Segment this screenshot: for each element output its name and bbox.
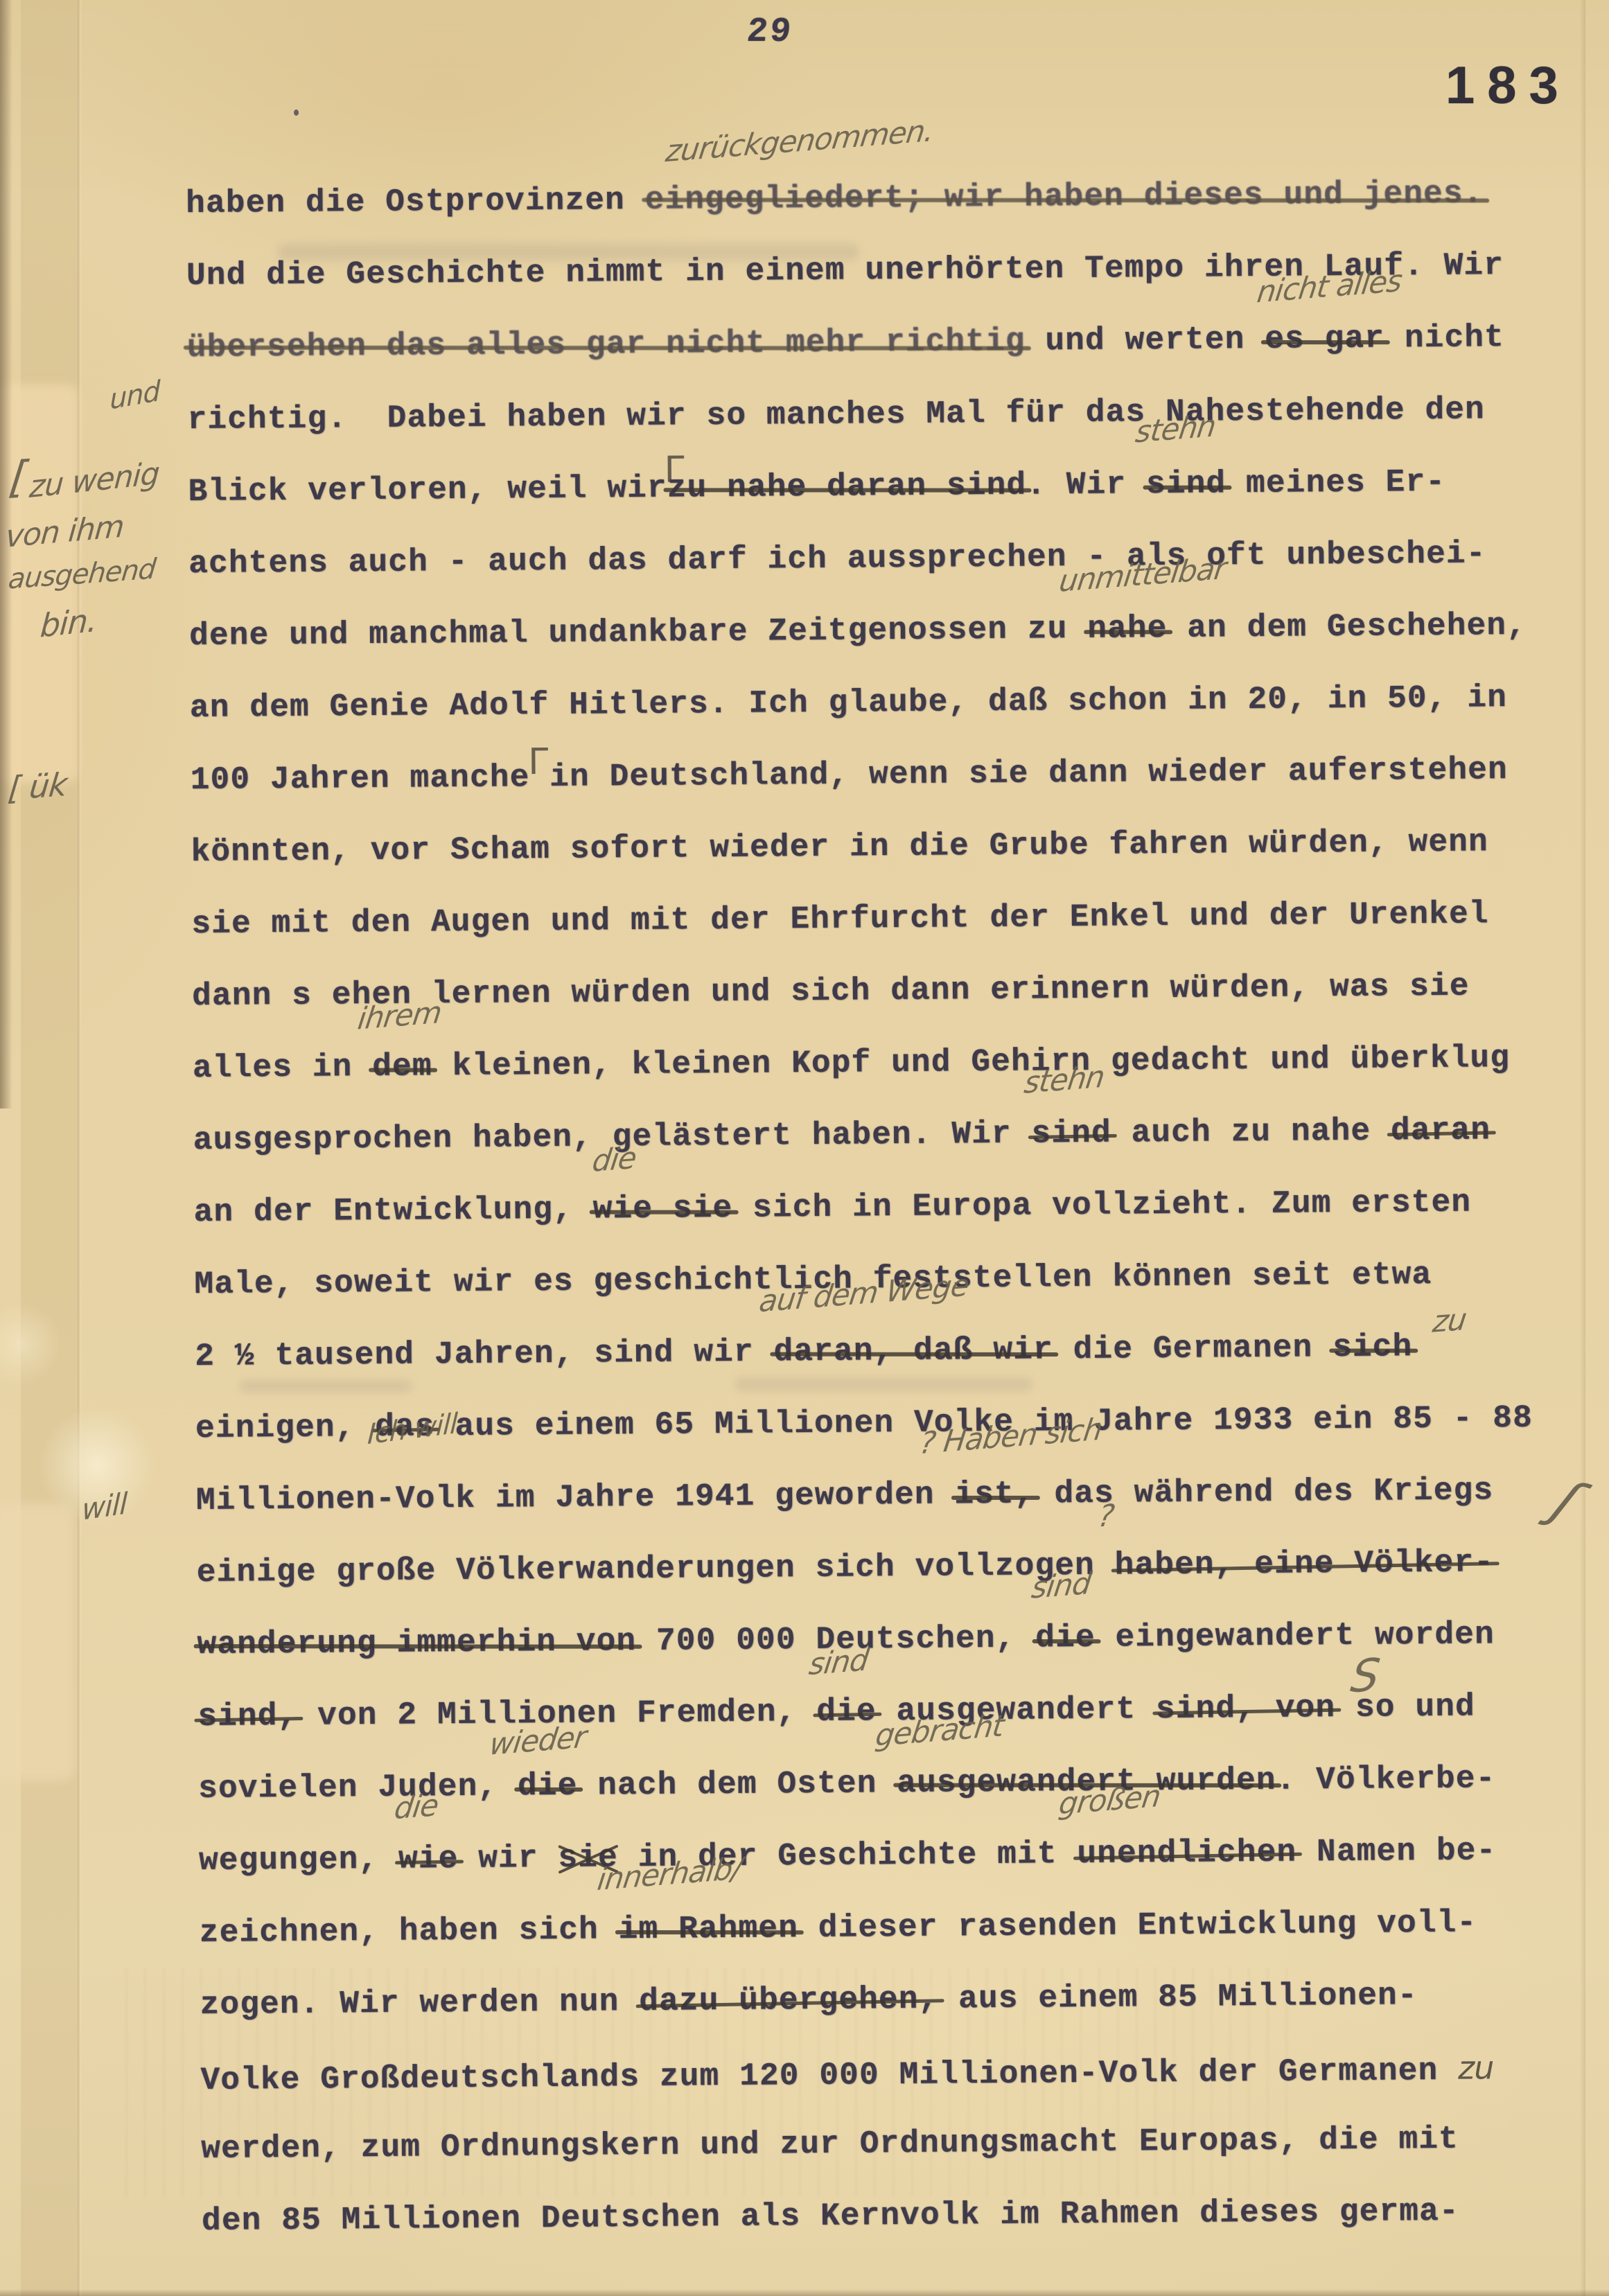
typed-text: alles in	[193, 1049, 373, 1086]
text-line: Millionen-Volk im Jahre 1941 geworden ? …	[196, 1472, 1590, 1555]
struck-text: die	[518, 1768, 578, 1805]
text-line: Volke Großdeutschlands zum 120 000 Milli…	[200, 2048, 1594, 2131]
text-line: werden, zum Ordnungskern und zur Ordnung…	[201, 2120, 1594, 2203]
page-number-typed: 29	[745, 12, 795, 52]
typed-text: sich in Europa vollzieht. Zum ersten	[732, 1184, 1471, 1226]
typed-text: Millionen-Volk im Jahre 1941 geworden	[196, 1476, 955, 1519]
typed-text: . Völkerbe-	[1276, 1760, 1495, 1798]
typed-text: Volke Großdeutschlands zum 120 000 Milli…	[200, 2053, 1458, 2099]
margin-note: [ ük	[6, 766, 69, 807]
text-line: an dem Genie Adolf Hitlers. Ich glaube, …	[190, 679, 1583, 762]
typed-text: Blick verloren, weil wir	[188, 470, 667, 510]
struck-text: dazu übergehen,	[639, 1981, 938, 2020]
typed-text: 2 ½ tausend Jahren, sind wir	[195, 1334, 774, 1375]
text-line: einige große Völkerwanderungen sich voll…	[197, 1544, 1590, 1627]
struck-text: zu nahe daran sind	[667, 467, 1027, 506]
struck-text: es gar	[1265, 320, 1384, 357]
text-line: achtens auch - auch das darf ich ausspre…	[188, 535, 1582, 618]
text-line: 2 ½ tausend Jahren, sind wir auf dem Weg…	[195, 1327, 1588, 1411]
struck-text: daran, daß wir	[773, 1332, 1053, 1370]
handwritten-word: zu	[1458, 2049, 1494, 2086]
margin-note: will	[81, 1486, 127, 1527]
typed-text: 100 Jahren manche	[191, 759, 530, 798]
struck-text: ist,	[954, 1476, 1035, 1512]
struck-text: unendlichen	[1077, 1834, 1296, 1871]
struck-text: haben, eine Völker-	[1114, 1544, 1494, 1583]
typed-text: zeichnen, haben sich	[200, 1911, 619, 1951]
typed-text: dieser rasenden Entwicklung voll-	[798, 1905, 1477, 1946]
typed-text: . Wir	[1026, 466, 1146, 503]
typed-text: aus einem 85 Millionen-	[938, 1977, 1418, 2017]
text-line: haben die Ostprovinzen zurückgenommen.ei…	[186, 175, 1579, 258]
typed-text: auch zu nahe	[1111, 1113, 1391, 1151]
struck-text: wie sie	[593, 1190, 733, 1228]
struck-text: die	[816, 1693, 877, 1730]
margin-note: bin.	[39, 601, 98, 644]
typed-text: in Deutschland, wenn sie dann wieder auf…	[529, 752, 1508, 795]
tape-patch	[0, 1503, 75, 1781]
typed-text: zogen. Wir werden nun	[200, 1984, 639, 2023]
typed-text: einige große Völkerwanderungen sich voll…	[197, 1548, 1096, 1591]
paper-crease	[78, 0, 82, 2296]
typed-text: Namen be-	[1296, 1833, 1496, 1870]
typed-text: an dem Geschehen,	[1167, 608, 1527, 646]
typed-text: sovielen Juden,	[198, 1768, 518, 1807]
struck-text: wanderung immerhin von	[197, 1623, 636, 1663]
text-line: zeichnen, haben sich innerhalb/im Rahmen…	[200, 1904, 1593, 1987]
typed-text: so und	[1355, 1688, 1475, 1725]
text-line: könnten, vor Scham sofort wieder in die …	[191, 823, 1584, 906]
typed-text	[1095, 1548, 1115, 1584]
typed-text: kleinen, kleinen Kopf und Gehirn gedacht…	[432, 1040, 1510, 1084]
struck-text: sich	[1333, 1329, 1413, 1366]
struck-text: wie	[398, 1841, 459, 1878]
typed-text: eingewandert worden	[1096, 1616, 1495, 1656]
paper-edge-strip	[21, 0, 80, 2296]
typed-text: an der Entwicklung,	[193, 1191, 592, 1230]
struck-text: im Rahmen	[618, 1910, 798, 1948]
text-line: den 85 Millionen Deutschen als Kernvolk …	[202, 2192, 1595, 2275]
text-line: zogen. Wir werden nun dazu übergehen, au…	[200, 1976, 1593, 2059]
struck-text: sind	[1146, 466, 1226, 502]
typed-text: haben die Ostprovinzen	[186, 182, 645, 222]
text-line: wanderung immerhin von 700 000 Deutschen…	[197, 1616, 1590, 1699]
typed-text: dene und manchmal undankbare Zeitgenosse…	[189, 611, 1088, 654]
margin-note: und	[110, 375, 160, 416]
struck-text: eingegliedert; wir haben dieses und jene…	[644, 175, 1483, 218]
typed-text: wir	[458, 1840, 558, 1877]
struck-text: dem	[372, 1048, 432, 1085]
struck-text: sind, von	[1156, 1690, 1336, 1727]
text-line: dene und manchmal undankbare Zeitgenosse…	[189, 607, 1583, 690]
ink-speck	[294, 109, 299, 116]
typed-text: und werten	[1025, 321, 1265, 360]
text-line: 100 Jahren mancheΓ in Deutschland, wenn …	[191, 751, 1584, 834]
typed-text-block: haben die Ostprovinzen zurückgenommen.ei…	[186, 175, 1595, 2275]
typed-text: nicht	[1384, 319, 1504, 356]
scan-edge-shadow	[0, 2289, 1609, 2296]
text-line: richtig. Dabei haben wir so manches Mal …	[187, 391, 1581, 474]
typed-text: die Germanen	[1053, 1330, 1333, 1368]
struck-text: sind	[1031, 1115, 1111, 1152]
text-line: wegungen, diewie wir sie in der Geschich…	[199, 1832, 1592, 1915]
scanned-document-page: 29 183 haben die Ostprovinzen zurückgeno…	[0, 0, 1609, 2296]
text-line: Blick verloren, weil wirΓzu nahe daran s…	[188, 463, 1581, 546]
typed-text: nach dem Osten	[577, 1765, 897, 1804]
text-line: an der Entwicklung, diewie sie sich in E…	[193, 1183, 1587, 1266]
struck-text: sind,	[197, 1698, 297, 1735]
struck-text: die	[1035, 1620, 1096, 1657]
struck-text: daran	[1391, 1112, 1491, 1149]
page-number-stamp: 183	[1445, 55, 1571, 116]
text-line: übersehen das alles gar nicht mehr richt…	[187, 319, 1581, 402]
typed-text: meines Er-	[1226, 464, 1445, 502]
typed-text: wegungen,	[199, 1842, 398, 1879]
typed-text: einigen,	[195, 1409, 376, 1447]
struck-text: übersehen das alles gar nicht mehr richt…	[187, 323, 1026, 366]
text-line: sie mit den Augen und mit der Ehrfurcht …	[191, 895, 1585, 978]
struck-text: nahe	[1087, 610, 1168, 647]
text-line: alles in ihremdem kleinen, kleinen Kopf …	[193, 1039, 1586, 1122]
text-line: ausgesprochen haben, gelästert haben. Wi…	[193, 1111, 1587, 1194]
